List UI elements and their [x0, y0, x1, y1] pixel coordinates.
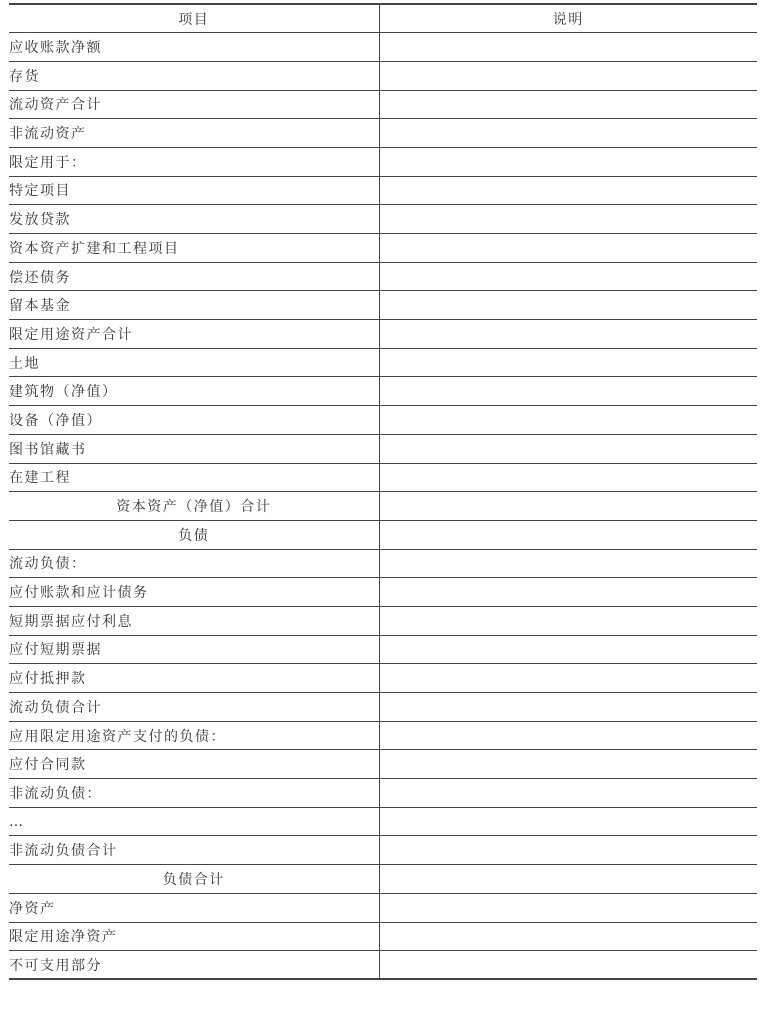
- row-note-cell: [379, 176, 757, 205]
- row-item-label: 建筑物（净值）: [9, 377, 379, 406]
- table-row: 应付合同款: [9, 750, 757, 779]
- row-item-label: 应付短期票据: [9, 635, 379, 664]
- table-row: 偿还债务: [9, 262, 757, 291]
- row-note-cell: [379, 750, 757, 779]
- row-note-cell: [379, 635, 757, 664]
- table-row: 限定用途净资产: [9, 922, 757, 951]
- row-note-cell: [379, 836, 757, 865]
- row-item-label: 应用限定用途资产支付的负债：: [9, 721, 379, 750]
- row-item-label: 资本资产扩建和工程项目: [9, 234, 379, 263]
- table-row: 限定用途资产合计: [9, 320, 757, 349]
- table-row: 应收账款净额: [9, 33, 757, 62]
- row-item-label: 流动负债：: [9, 549, 379, 578]
- row-note-cell: [379, 119, 757, 148]
- row-item-label: 流动资产合计: [9, 90, 379, 119]
- row-note-cell: [379, 147, 757, 176]
- row-note-cell: [379, 90, 757, 119]
- row-item-label: 非流动资产: [9, 119, 379, 148]
- row-item-label: 限定用途资产合计: [9, 320, 379, 349]
- row-item-label: 图书馆藏书: [9, 434, 379, 463]
- row-item-label: 特定项目: [9, 176, 379, 205]
- table-row: 应付短期票据: [9, 635, 757, 664]
- table-row: 在建工程: [9, 463, 757, 492]
- table-header-row: 项目 说明: [9, 4, 757, 33]
- row-note-cell: [379, 807, 757, 836]
- table-row: 设备（净值）: [9, 406, 757, 435]
- row-note-cell: [379, 205, 757, 234]
- row-note-cell: [379, 520, 757, 549]
- row-item-label: 应付账款和应计债务: [9, 578, 379, 607]
- row-note-cell: [379, 320, 757, 349]
- table-row: 应付抵押款: [9, 664, 757, 693]
- table-row: 流动负债：: [9, 549, 757, 578]
- row-note-cell: [379, 234, 757, 263]
- header-note: 说明: [379, 4, 757, 33]
- row-item-label: 非流动负债合计: [9, 836, 379, 865]
- row-note-cell: [379, 492, 757, 521]
- row-item-label: …: [9, 807, 379, 836]
- row-item-label: 应付抵押款: [9, 664, 379, 693]
- table-row: 非流动负债合计: [9, 836, 757, 865]
- row-note-cell: [379, 262, 757, 291]
- row-note-cell: [379, 348, 757, 377]
- row-note-cell: [379, 922, 757, 951]
- row-item-label: 资本资产（净值）合计: [9, 492, 379, 521]
- table-row: 短期票据应付利息: [9, 606, 757, 635]
- row-note-cell: [379, 463, 757, 492]
- table-row: 发放贷款: [9, 205, 757, 234]
- row-note-cell: [379, 951, 757, 980]
- table-row: 负债: [9, 520, 757, 549]
- row-note-cell: [379, 578, 757, 607]
- row-item-label: 短期票据应付利息: [9, 606, 379, 635]
- row-note-cell: [379, 434, 757, 463]
- row-note-cell: [379, 893, 757, 922]
- table-row: 土地: [9, 348, 757, 377]
- row-note-cell: [379, 865, 757, 894]
- table-row: 不可支用部分: [9, 951, 757, 980]
- row-item-label: 限定用途净资产: [9, 922, 379, 951]
- row-item-label: 在建工程: [9, 463, 379, 492]
- table-row: 负债合计: [9, 865, 757, 894]
- row-item-label: 存货: [9, 61, 379, 90]
- row-item-label: 不可支用部分: [9, 951, 379, 980]
- row-note-cell: [379, 33, 757, 62]
- row-item-label: 应付合同款: [9, 750, 379, 779]
- row-note-cell: [379, 406, 757, 435]
- row-note-cell: [379, 779, 757, 808]
- table-row: …: [9, 807, 757, 836]
- row-item-label: 发放贷款: [9, 205, 379, 234]
- balance-sheet-table: 项目 说明 应收账款净额存货流动资产合计非流动资产限定用于：特定项目发放贷款资本…: [9, 3, 757, 980]
- row-item-label: 限定用于：: [9, 147, 379, 176]
- table-row: 资本资产扩建和工程项目: [9, 234, 757, 263]
- row-item-label: 负债: [9, 520, 379, 549]
- table-row: 限定用于：: [9, 147, 757, 176]
- table-row: 图书馆藏书: [9, 434, 757, 463]
- row-note-cell: [379, 61, 757, 90]
- table-row: 应用限定用途资产支付的负债：: [9, 721, 757, 750]
- table-row: 资本资产（净值）合计: [9, 492, 757, 521]
- row-note-cell: [379, 291, 757, 320]
- row-item-label: 设备（净值）: [9, 406, 379, 435]
- row-item-label: 非流动负债：: [9, 779, 379, 808]
- row-note-cell: [379, 693, 757, 722]
- row-note-cell: [379, 549, 757, 578]
- row-item-label: 流动负债合计: [9, 693, 379, 722]
- table-row: 特定项目: [9, 176, 757, 205]
- row-note-cell: [379, 664, 757, 693]
- header-item: 项目: [9, 4, 379, 33]
- table-row: 净资产: [9, 893, 757, 922]
- row-item-label: 土地: [9, 348, 379, 377]
- row-item-label: 负债合计: [9, 865, 379, 894]
- table-row: 非流动资产: [9, 119, 757, 148]
- table-row: 流动资产合计: [9, 90, 757, 119]
- row-note-cell: [379, 606, 757, 635]
- row-note-cell: [379, 377, 757, 406]
- row-item-label: 留本基金: [9, 291, 379, 320]
- table-row: 建筑物（净值）: [9, 377, 757, 406]
- row-note-cell: [379, 721, 757, 750]
- row-item-label: 偿还债务: [9, 262, 379, 291]
- table-row: 非流动负债：: [9, 779, 757, 808]
- table-row: 应付账款和应计债务: [9, 578, 757, 607]
- row-item-label: 净资产: [9, 893, 379, 922]
- table-row: 留本基金: [9, 291, 757, 320]
- table-row: 流动负债合计: [9, 693, 757, 722]
- row-item-label: 应收账款净额: [9, 33, 379, 62]
- table-row: 存货: [9, 61, 757, 90]
